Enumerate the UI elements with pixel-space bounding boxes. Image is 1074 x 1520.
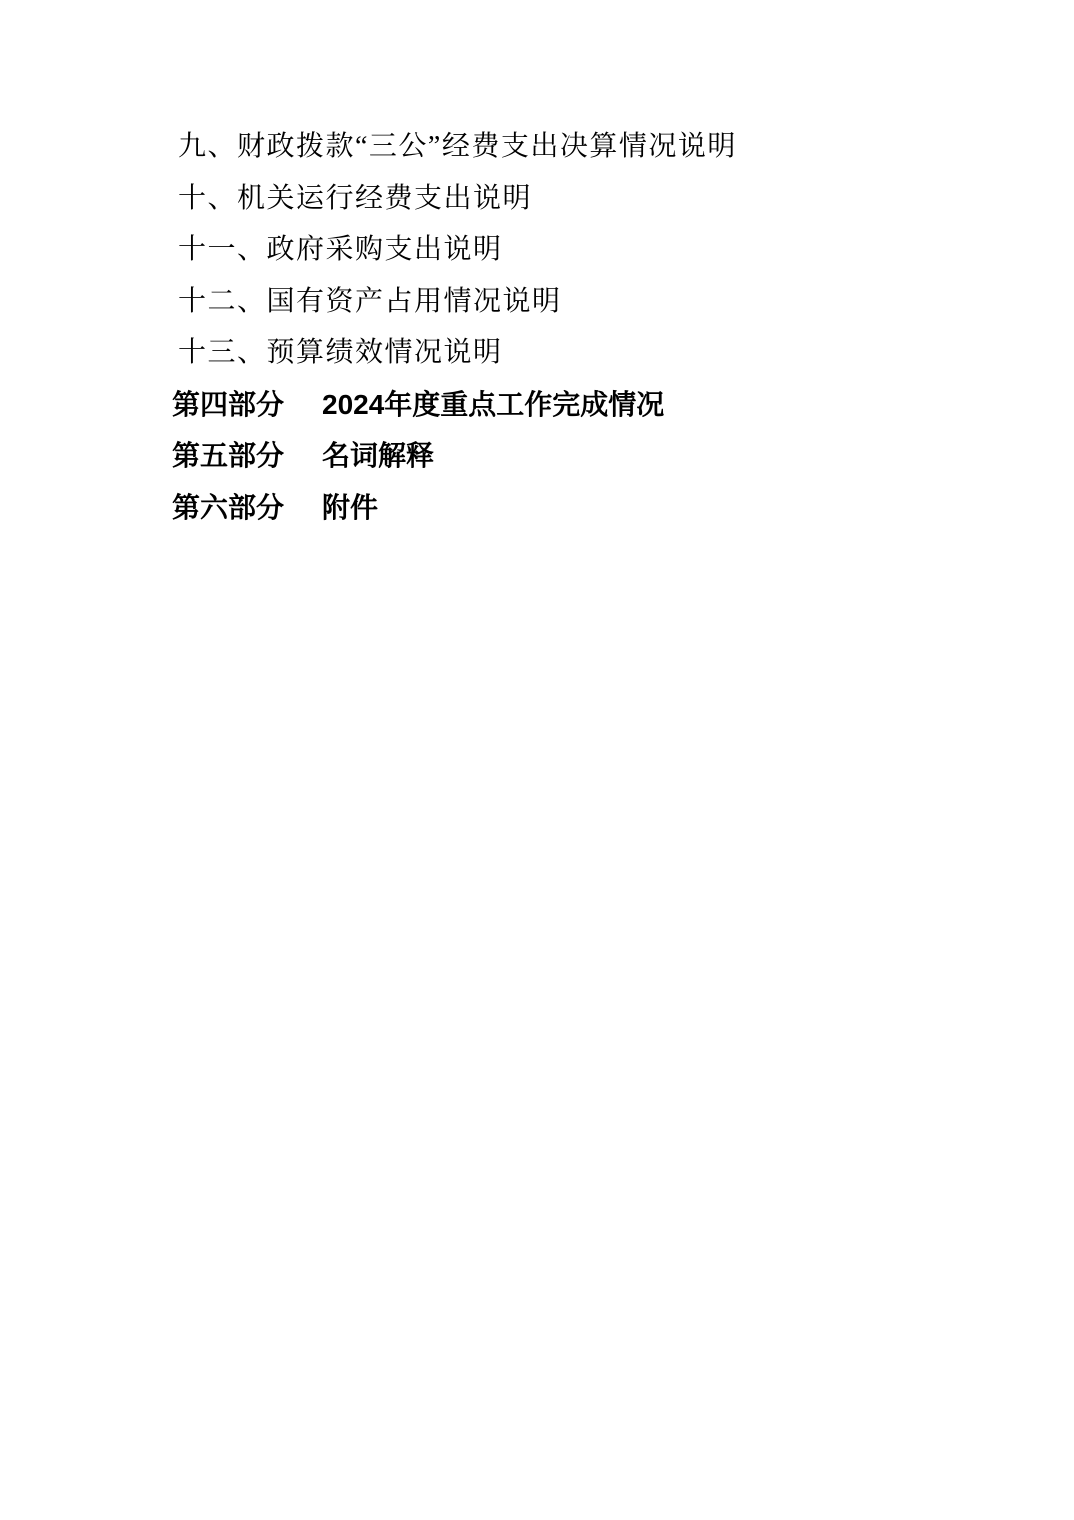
toc-entry-thirteen: 十三、预算绩效情况说明 bbox=[0, 327, 1074, 379]
section-title: 名词解释 bbox=[322, 440, 434, 471]
document-page: 九、财政拨款“三公”经费支出决算情况说明 十、机关运行经费支出说明 十一、政府采… bbox=[0, 0, 1074, 1520]
toc-entry-ten: 十、机关运行经费支出说明 bbox=[0, 173, 1074, 225]
section-heading-part-six: 第六部分附件 bbox=[0, 482, 1074, 534]
section-heading-part-five: 第五部分名词解释 bbox=[0, 430, 1074, 482]
section-title: 附件 bbox=[322, 492, 378, 523]
toc-entry-nine: 九、财政拨款“三公”经费支出决算情况说明 bbox=[0, 121, 1074, 173]
section-label: 第五部分 bbox=[172, 440, 284, 471]
section-label: 第六部分 bbox=[172, 492, 284, 523]
table-of-contents: 九、财政拨款“三公”经费支出决算情况说明 十、机关运行经费支出说明 十一、政府采… bbox=[0, 121, 1074, 533]
section-heading-part-four: 第四部分2024年度重点工作完成情况 bbox=[0, 379, 1074, 431]
section-title: 2024年度重点工作完成情况 bbox=[322, 389, 664, 420]
toc-entry-twelve: 十二、国有资产占用情况说明 bbox=[0, 276, 1074, 328]
section-label: 第四部分 bbox=[172, 389, 284, 420]
toc-entry-eleven: 十一、政府采购支出说明 bbox=[0, 224, 1074, 276]
